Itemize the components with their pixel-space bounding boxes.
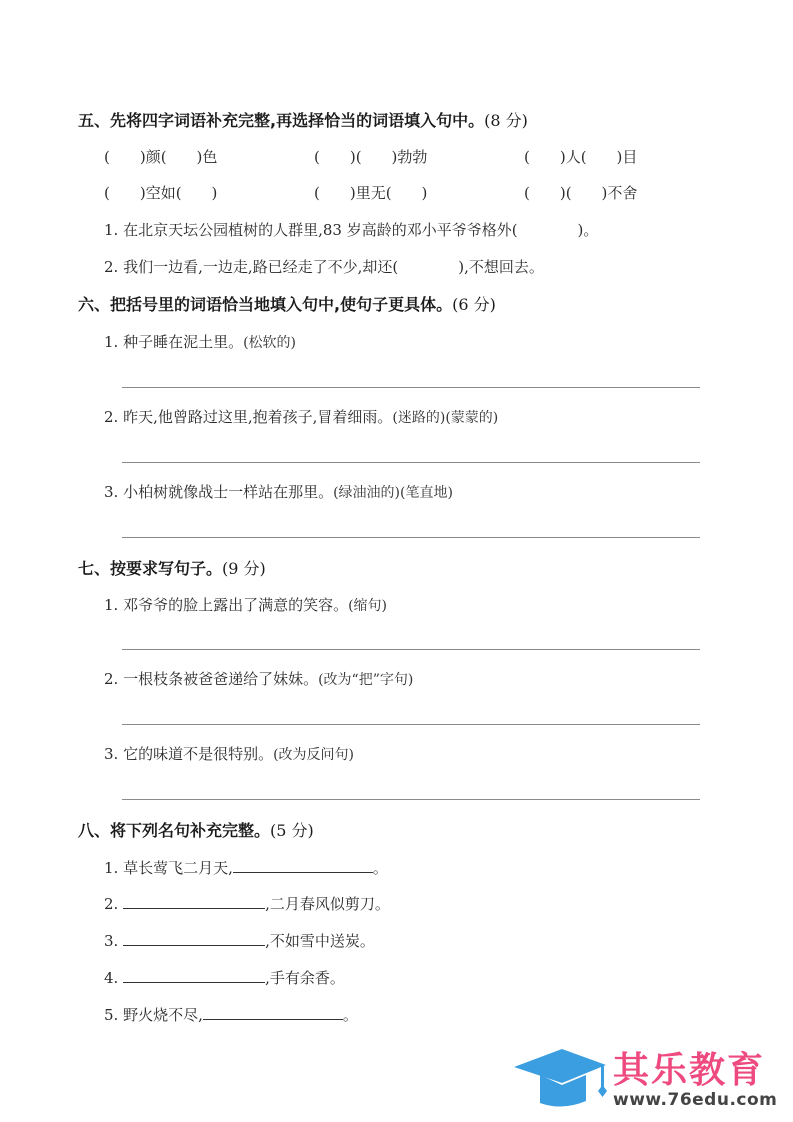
idiom-blank-2[interactable]: ( )( )勃勃	[314, 146, 427, 167]
graduation-cap-icon	[510, 1045, 608, 1111]
question-hint: (缩句)	[348, 598, 387, 614]
fill-blank[interactable]	[203, 1005, 343, 1020]
question-text: 3. 它的味道不是很特别。	[104, 745, 273, 763]
question-text: 1. 邓爷爷的脸上露出了满意的笑容。	[104, 596, 348, 614]
question-suffix: ,二月春风似剪刀。	[265, 895, 390, 913]
fill-blank[interactable]	[123, 894, 265, 909]
question-text: 3. 小柏树就像战士一样站在那里。	[104, 483, 333, 501]
question-prefix: 2.	[104, 895, 123, 913]
brand-name: 其乐教育	[613, 1042, 765, 1093]
section-7-heading: 七、按要求写句子。(9 分)	[78, 556, 266, 579]
section-8-question-5: 5. 野火烧不尽,。	[104, 1004, 358, 1025]
answer-line[interactable]	[122, 649, 700, 650]
section-6-question-3: 3. 小柏树就像战士一样站在那里。(绿油油的)(笔直地)	[104, 481, 453, 502]
question-hint: (改为“把”字句)	[318, 672, 413, 688]
section-7-question-3: 3. 它的味道不是很特别。(改为反问句)	[104, 743, 354, 764]
section-6-title: 六、把括号里的词语恰当地填入句中,使句子更具体。	[78, 295, 452, 314]
section-6-question-1: 1. 种子睡在泥土里。(松软的)	[104, 331, 296, 352]
idiom-blank-4[interactable]: ( )空如( )	[104, 182, 217, 203]
question-hint: (改为反问句)	[273, 747, 354, 763]
question-suffix: 。	[343, 1006, 358, 1024]
section-8-question-3: 3. ,不如雪中送炭。	[104, 930, 375, 951]
question-hint: (松软的)	[243, 335, 296, 351]
section-8-heading: 八、将下列名句补充完整。(5 分)	[78, 818, 314, 841]
section-7-question-2: 2. 一根枝条被爸爸递给了妹妹。(改为“把”字句)	[104, 668, 413, 689]
question-prefix: 3.	[104, 932, 123, 950]
section-6-heading: 六、把括号里的词语恰当地填入句中,使句子更具体。(6 分)	[78, 292, 496, 315]
question-hint: (绿油油的)(笔直地)	[333, 485, 453, 501]
section-7-title: 七、按要求写句子。	[78, 559, 222, 578]
idiom-blank-1[interactable]: ( )颜( )色	[104, 146, 217, 167]
answer-line[interactable]	[122, 462, 700, 463]
question-suffix: 。	[373, 859, 388, 877]
question-suffix: ,不如雪中送炭。	[265, 932, 375, 950]
section-7-question-1: 1. 邓爷爷的脸上露出了满意的笑容。(缩句)	[104, 594, 387, 615]
answer-line[interactable]	[122, 387, 700, 388]
brand-url: www.76edu.com	[613, 1090, 777, 1110]
section-5-question-1: 1. 在北京天坛公园植树的人群里,83 岁高龄的邓小平爷爷格外( )。	[104, 219, 598, 240]
section-8-score: (5 分)	[270, 821, 314, 840]
idiom-blank-3[interactable]: ( )人( )目	[524, 146, 637, 167]
question-suffix: ,手有余香。	[265, 969, 345, 987]
question-prefix: 5. 野火烧不尽,	[104, 1006, 203, 1024]
question-hint: (迷路的)(蒙蒙的)	[392, 410, 498, 426]
section-6-score: (6 分)	[452, 295, 496, 314]
section-8-question-1: 1. 草长莺飞二月天,。	[104, 857, 388, 878]
section-5-heading: 五、先将四字词语补充完整,再选择恰当的词语填入句中。(8 分)	[78, 108, 528, 131]
section-8-question-2: 2. ,二月春风似剪刀。	[104, 893, 390, 914]
idiom-blank-5[interactable]: ( )里无( )	[314, 182, 427, 203]
fill-blank[interactable]	[233, 858, 373, 873]
section-6-question-2: 2. 昨天,他曾路过这里,抱着孩子,冒着细雨。(迷路的)(蒙蒙的)	[104, 406, 498, 427]
question-text: 2. 昨天,他曾路过这里,抱着孩子,冒着细雨。	[104, 408, 392, 426]
answer-line[interactable]	[122, 799, 700, 800]
question-prefix: 1. 草长莺飞二月天,	[104, 859, 233, 877]
section-8-title: 八、将下列名句补充完整。	[78, 821, 270, 840]
section-5-question-2: 2. 我们一边看,一边走,路已经走了不少,却还( ),不想回去。	[104, 256, 544, 277]
question-text: 2. 一根枝条被爸爸递给了妹妹。	[104, 670, 318, 688]
section-5-score: (8 分)	[484, 111, 528, 130]
idiom-blank-6[interactable]: ( )( )不舍	[524, 182, 637, 203]
fill-blank[interactable]	[123, 931, 265, 946]
section-5-title: 五、先将四字词语补充完整,再选择恰当的词语填入句中。	[78, 111, 484, 130]
question-text: 1. 种子睡在泥土里。	[104, 333, 243, 351]
question-prefix: 4.	[104, 969, 123, 987]
answer-line[interactable]	[122, 724, 700, 725]
fill-blank[interactable]	[123, 968, 265, 983]
section-8-question-4: 4. ,手有余香。	[104, 967, 345, 988]
section-7-score: (9 分)	[222, 559, 266, 578]
answer-line[interactable]	[122, 537, 700, 538]
